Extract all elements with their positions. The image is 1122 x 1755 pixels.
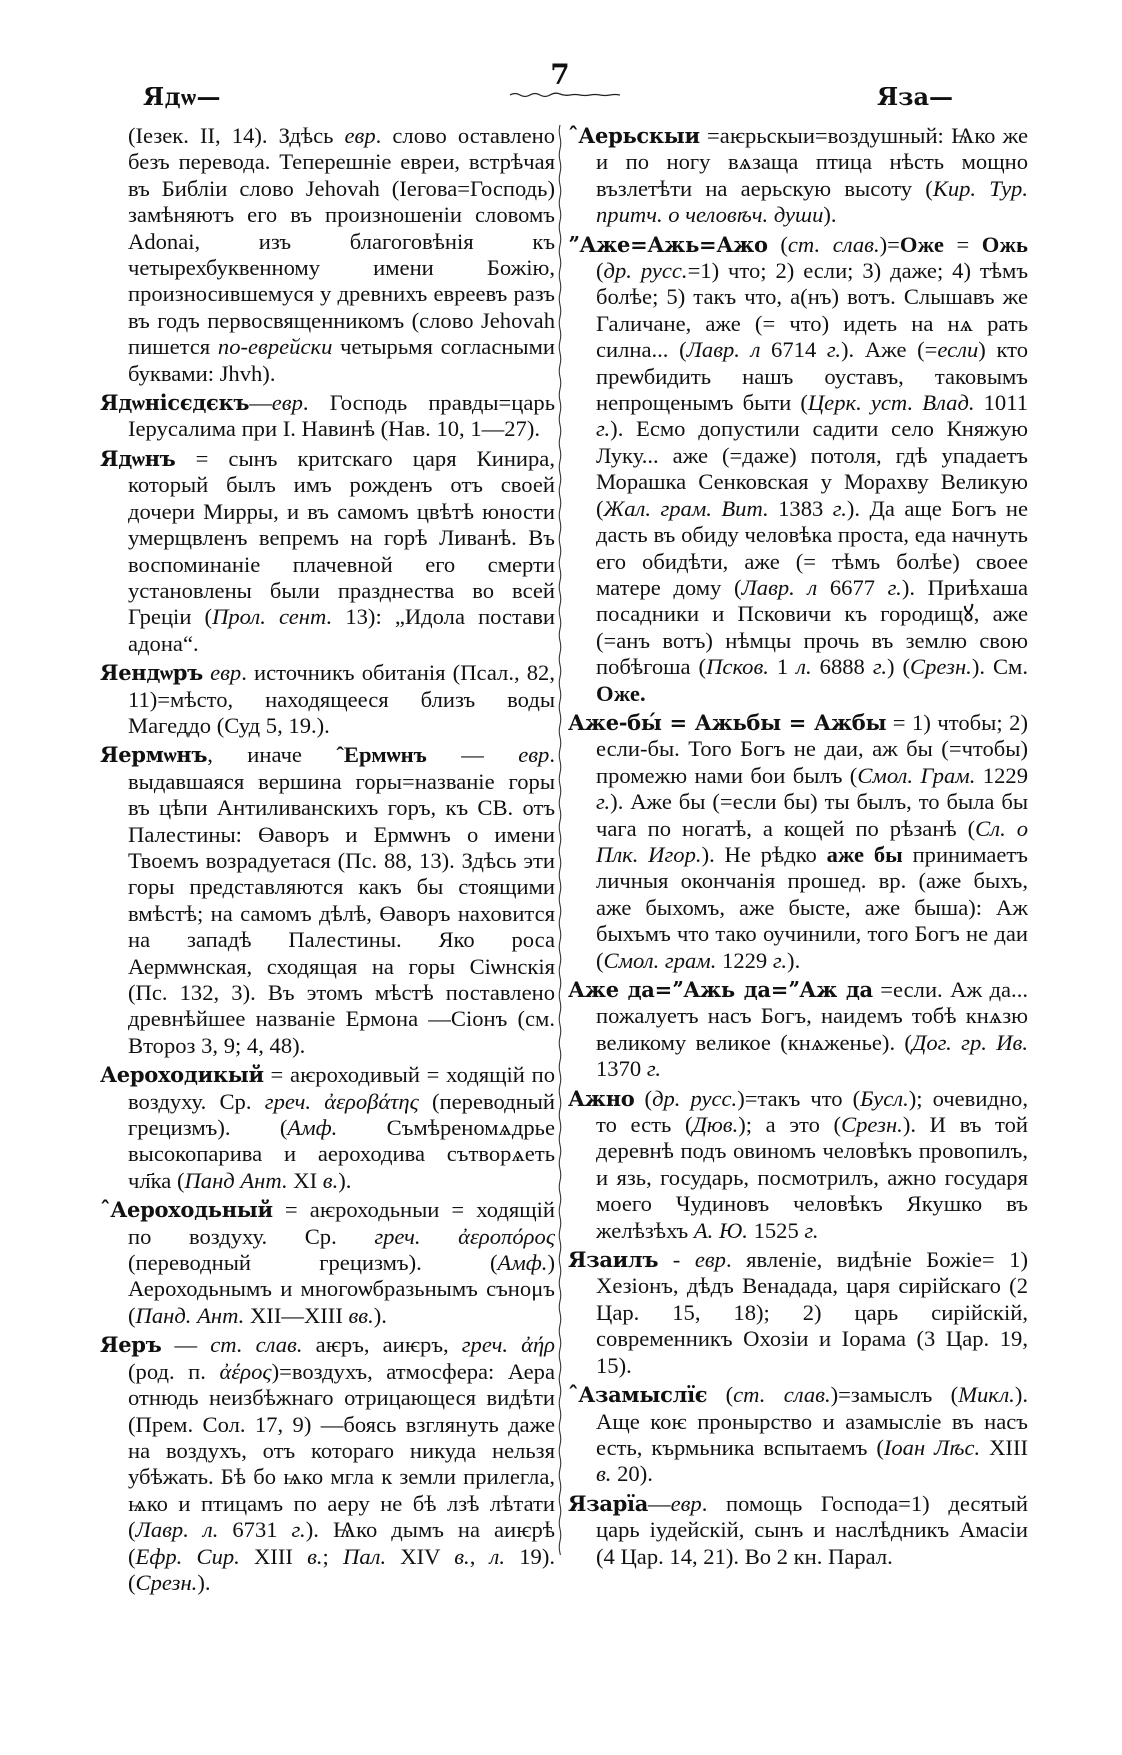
definition-text: аѥръ, аиѥръ, [303,1332,462,1357]
italic-abbreviation: др. русс. [652,1086,737,1111]
definition-text: ). Не рѣдко [702,842,827,867]
italic-abbreviation: в. [307,1544,322,1569]
definition-text: 1011 [975,390,1028,415]
entry-headword: Ажно [568,1086,635,1111]
italic-abbreviation: Панд Ант. [184,1168,287,1193]
italic-abbreviation: Церк. уст. Влад. [808,390,975,415]
italic-abbreviation: евр [210,660,241,685]
definition-text: ). [197,1570,210,1595]
italic-abbreviation: ἀεροβάτης [324,1089,418,1114]
bold-term: ˆЕрмѡнъ [336,742,426,767]
definition-text: ). [338,1168,351,1193]
definition-text: ) ( [887,654,910,679]
entry-headword: Аже да=ˮАжь да=ˮАж да [568,977,873,1002]
italic-abbreviation: Срезн. [841,1112,903,1137]
entry-headword: Ядѡнісєдєкъ [100,390,249,415]
italic-abbreviation: Смол. грам. [604,948,717,973]
definition-text: XII—XIII [244,1303,348,1328]
italic-abbreviation: Дог. гр. Ив. [912,1030,1028,1055]
definition-text: 20). [611,1461,652,1486]
italic-abbreviation: Амф. [287,1115,337,1140]
italic-abbreviation: Микл. [958,1382,1015,1407]
italic-abbreviation: Амф. [498,1250,548,1275]
italic-abbreviation: евр [695,1247,726,1272]
definition-text: 1229 [716,948,772,973]
entry-headword: ˆАероходьный [100,1197,273,1222]
italic-abbreviation: г. [647,1056,661,1081]
italic-abbreviation: Срезн. [136,1570,198,1595]
definition-text: XIII [980,1435,1028,1460]
definition-text: 1 [769,654,796,679]
entry-headword: Язаилъ [568,1247,658,1272]
italic-abbreviation: Пал. [343,1544,386,1569]
italic-abbreviation: евр [272,390,303,415]
definition-text [203,660,210,685]
running-head-right: Яза— [877,82,953,111]
italic-abbreviation: вв. [349,1303,374,1328]
definition-text: (переводный грецизмъ). ( [128,1250,498,1275]
entry-headword: Яермѡнъ [100,742,207,767]
italic-abbreviation: евр [671,1491,702,1516]
italic-abbreviation: Псков. [706,654,769,679]
definition-text: . выдавшаяся вершина горы=названіе горы … [128,742,555,1057]
dictionary-entry: Аероходикый = аѥроходивый = ходящій по в… [100,1062,555,1194]
dictionary-entry: Яендѡръ евр. источникъ обитанія (Псал., … [100,660,555,739]
italic-abbreviation: евр [518,742,549,767]
italic-abbreviation: Лавр. л [687,337,761,362]
italic-abbreviation: Дюв. [692,1112,738,1137]
definition-text: )=замыслъ ( [831,1382,959,1407]
italic-abbreviation: г. [888,575,902,600]
definition-text: ). [787,948,800,973]
definition-text: ). См. [972,654,1028,679]
italic-abbreviation: ст. слав. [733,1382,831,1407]
italic-abbreviation: в. [596,1461,611,1486]
italic-abbreviation: г. [292,1517,306,1542]
italic-abbreviation: Лавр. л [741,575,817,600]
italic-abbreviation: др. русс. [604,258,688,283]
italic-abbreviation: л. [796,654,812,679]
definition-text: )= [880,232,900,257]
italic-abbreviation: ἀέρος [219,1359,271,1384]
definition-text: ( [596,258,604,283]
italic-abbreviation: Срезн. [910,654,972,679]
italic-abbreviation: греч. [374,1224,420,1249]
italic-abbreviation: в. [454,1544,469,1569]
dictionary-entry: Ядѡнъ = сынъ критскаго царя Кинира, кото… [100,446,555,657]
italic-abbreviation: Смол. Грам. [857,763,975,788]
entry-headword: Яеръ [100,1332,161,1357]
italic-abbreviation: Лавр. л. [136,1517,219,1542]
dictionary-entry: Аже да=ˮАжь да=ˮАж да =если. Аж да... по… [568,977,1028,1083]
italic-abbreviation: Іоан Лѣс. [884,1435,980,1460]
italic-abbreviation: ἀήρ [521,1332,555,1357]
definition-text: ; [323,1544,343,1569]
definition-text: 6731 [218,1517,291,1542]
definition-text: 1525 [748,1218,804,1243]
italic-abbreviation: г. [773,948,787,973]
entry-headword: ˆАзамыслїє [568,1382,707,1407]
definition-text: 6888 [812,654,873,679]
entry-headword: ˮАже=Ажь=Ажо [568,232,768,257]
italic-abbreviation: если [937,337,978,362]
definition-text: , иначе [207,742,336,767]
dictionary-entry: ˮАже=Ажь=Ажо (ст. слав.)=Оже = Ожь (др. … [568,232,1028,707]
definition-text: 6677 [817,575,887,600]
definition-text: — [249,390,272,415]
italic-abbreviation: греч. [462,1332,508,1357]
running-head-left: Ядѡ— [143,82,221,112]
definition-text: 6714 [760,337,826,362]
bold-term: Ожь [982,232,1028,257]
definition-text: XI [288,1168,323,1193]
italic-abbreviation: греч. [265,1089,311,1114]
dictionary-entry: ˆАзамыслїє (ст. слав.)=замыслъ (Микл.). … [568,1382,1028,1488]
definition-text: (род. п. [128,1359,219,1384]
definition-text: )=такъ что ( [737,1086,860,1111]
definition-text: — [427,742,518,767]
definition-text: ). Аже (= [841,337,937,362]
italic-abbreviation: ст. слав. [788,232,880,257]
italic-abbreviation: Жал. грам. Вит. [604,496,769,521]
definition-text: = сынъ критскаго царя Кинира, который бы… [128,446,555,629]
italic-abbreviation: ст. слав. [210,1332,302,1357]
italic-abbreviation: г. [596,789,610,814]
wavy-header-rule [510,90,620,100]
definition-text: , [470,1544,490,1569]
page-number: 7 [540,58,580,91]
dictionary-entry: ˆАероходьный = аѥроходьныи = ходящій по … [100,1197,555,1329]
definition-text: ). [823,202,836,227]
italic-abbreviation: евр [345,123,376,148]
bold-term: аже бы [827,842,903,867]
italic-abbreviation: г. [833,496,847,521]
wavy-column-divider [555,125,565,1555]
dictionary-entry: Яеръ — ст. слав. аѥръ, аиѥръ, греч. ἀήρ … [100,1332,555,1596]
italic-abbreviation: Бусл. [860,1086,909,1111]
dictionary-entry: Аже-бы́ = Ажьбы = Ажбы = 1) чтобы; 2) ес… [568,710,1028,974]
dictionary-entry: Ядѡнісєдєкъ—евр. Господь правды=царь Іер… [100,390,555,443]
definition-text: — [161,1332,210,1357]
italic-abbreviation: Панд. Ант. [136,1303,245,1328]
definition-text: ( [768,232,788,257]
entry-headword: Аже-бы́ = Ажьбы = Ажбы [568,710,886,735]
italic-abbreviation: г. [596,416,610,441]
left-column: (Іезек. II, 14). Здѣсь евр. слово оставл… [100,123,555,1599]
definition-text: (Іезек. II, 14). Здѣсь [128,123,345,148]
definition-text: XIII [240,1544,307,1569]
bold-term: Оже [900,232,944,257]
definition-text: 1229 [975,763,1028,788]
italic-abbreviation: г. [804,1218,818,1243]
definition-text: ). [374,1303,387,1328]
italic-abbreviation: л. [490,1544,506,1569]
entry-headword: Язарїа [568,1491,648,1516]
definition-text: 1383 [769,496,833,521]
definition-text [421,1224,459,1249]
definition-text [508,1332,521,1357]
italic-abbreviation: Ефр. Сир. [136,1544,240,1569]
definition-text: )=воздухъ, атмосфера: Аера отнюдь неизбѣ… [128,1359,555,1542]
italic-abbreviation: А. Ю. [694,1218,748,1243]
definition-text [311,1089,324,1114]
definition-text: . слово оставлено безъ перевода. Тепереш… [128,123,555,359]
dictionary-entry: Ажно (др. русс.)=такъ что (Бусл.); очеви… [568,1086,1028,1244]
italic-abbreviation: по-еврейски [218,334,332,359]
definition-text: ( [635,1086,653,1111]
entry-headword: Яендѡръ [100,660,203,685]
bold-term: Оже. [596,681,646,706]
dictionary-page: Ядѡ— 7 Яза— (Іезек. II, 14). Здѣсь евр. … [0,0,1122,1755]
italic-abbreviation: в. [323,1168,338,1193]
entry-headword: Ядѡнъ [100,446,176,471]
definition-text: ( [707,1382,733,1407]
right-column: ˆАерьскыи =аѥрьскыи=воздушный: Ѩко же и … [568,123,1028,1573]
definition-text: XIV [386,1544,454,1569]
italic-abbreviation: Прол. сент. [212,604,332,629]
italic-abbreviation: ἀεροπόρος [458,1224,555,1249]
definition-text: 1370 [596,1056,647,1081]
definition-text: — [648,1491,671,1516]
dictionary-entry: Язаилъ - евр. явленіе, видѣніе Божіе= 1)… [568,1247,1028,1379]
dictionary-entry: Язарїа—евр. помощь Господа=1) десятый ца… [568,1491,1028,1570]
definition-text: - [658,1247,695,1272]
definition-text: ). Аже бы (=если бы) ты былъ, то была бы… [596,789,1028,840]
definition-text: = [944,232,982,257]
definition-text: ); а это ( [738,1112,841,1137]
dictionary-entry: (Іезек. II, 14). Здѣсь евр. слово оставл… [100,123,555,387]
italic-abbreviation: г. [827,337,841,362]
dictionary-entry: ˆАерьскыи =аѥрьскыи=воздушный: Ѩко же и … [568,123,1028,229]
italic-abbreviation: г. [873,654,887,679]
dictionary-entry: Яермѡнъ, иначе ˆЕрмѡнъ — евр. выдавшаяся… [100,742,555,1059]
entry-headword: ˆАерьскыи [568,123,700,148]
entry-headword: Аероходикый [100,1062,264,1087]
